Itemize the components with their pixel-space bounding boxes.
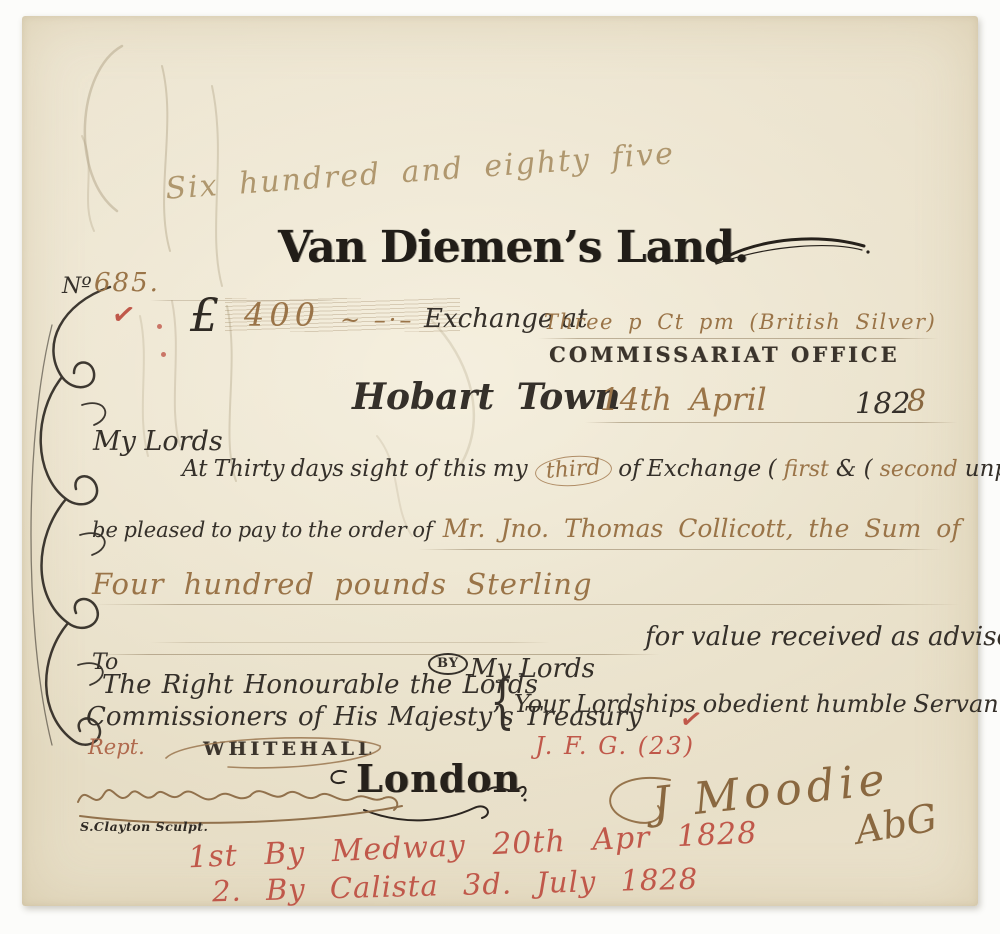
red-ink-dot: [161, 352, 166, 357]
closing-line: Your Lordships obedient humble Servant.: [514, 690, 1000, 718]
red-ink-dot: [157, 324, 162, 329]
year-printed: 182: [855, 386, 910, 420]
year-final-digit-hand: 8: [907, 384, 926, 419]
tenor-printed-b: of Exchange (: [618, 456, 776, 482]
scanned-bill-of-exchange: Six hundred and eighty five Van Diemen’s…: [0, 0, 1000, 934]
engraver-credit: S.Clayton Sculpt.: [80, 819, 208, 834]
red-reference-code: J. F. G. (23): [535, 732, 695, 760]
number-value: 685.: [94, 268, 160, 298]
by-oval-stamp: BY: [428, 653, 468, 675]
tenor-hand-third: third: [534, 453, 613, 488]
baseline-rule: [150, 642, 550, 643]
tenor-printed-c: & (: [836, 456, 873, 482]
value-clause: for value received as advised: [645, 622, 1000, 652]
title-swash-flourish: [712, 232, 872, 272]
payee-printed: be pleased to pay to the order of: [92, 518, 433, 542]
tenor-printed-d: unpaid): [965, 456, 1000, 482]
pound-sign: £: [190, 288, 219, 342]
address-my-lords: My Lords: [470, 654, 595, 684]
amount-words-hand: Four hundred pounds Sterling: [92, 567, 593, 601]
tenor-printed-a: At Thirty days sight of this my: [182, 456, 528, 482]
amount-trailing-dashes: ~ –·–: [340, 306, 414, 334]
place-name: Hobart Town: [352, 376, 621, 418]
number-label: Nº: [62, 274, 92, 299]
date-day-month-hand: 14th April: [600, 382, 767, 418]
tenor-hand-second: second: [880, 457, 958, 482]
rept-annotation: Rept.: [88, 735, 145, 759]
exchange-rate-hand: Three p Ct pm (British Silver): [544, 310, 936, 334]
baseline-rule: [538, 338, 938, 339]
baseline-rule: [585, 422, 957, 423]
document-title: Van Diemen’s Land.: [278, 222, 708, 273]
office-heading: COMMISSARIAT OFFICE: [549, 342, 900, 367]
baseline-rule: [418, 549, 942, 550]
grouping-brace: {: [490, 666, 515, 736]
tenor-hand-first: first: [784, 457, 829, 482]
paper-sheet: Six hundred and eighty five Van Diemen’s…: [22, 16, 978, 906]
baseline-rule: [92, 604, 960, 605]
payee-name-hand: Mr. Jno. Thomas Collicott, the Sum of: [443, 514, 961, 543]
salutation: My Lords: [93, 426, 223, 457]
amount-figures: 400: [244, 296, 320, 334]
